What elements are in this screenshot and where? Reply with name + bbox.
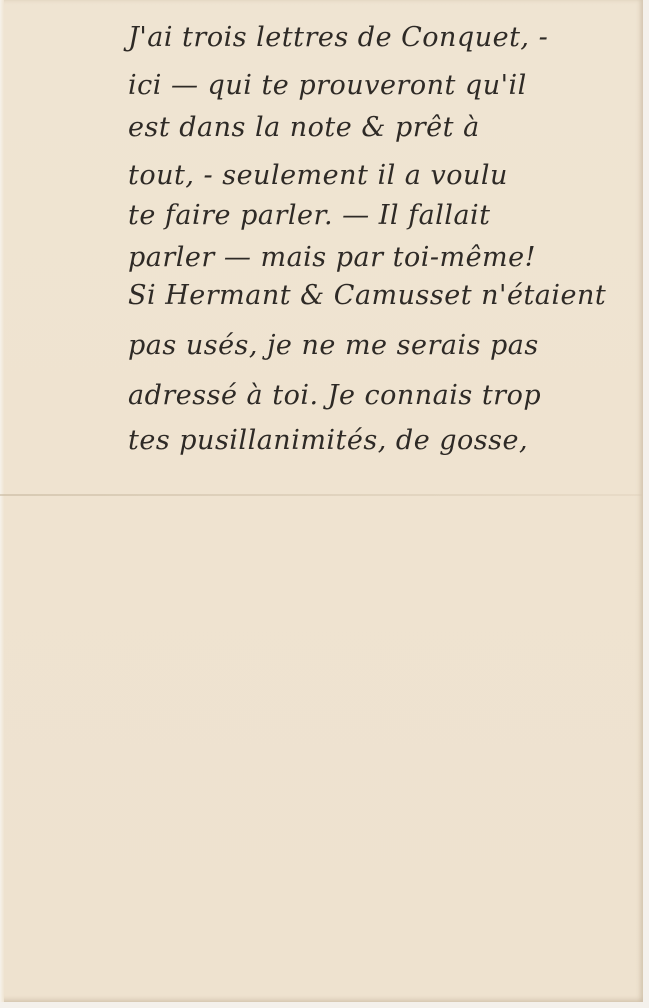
fold-crease [0, 494, 643, 496]
body-line: ici — qui te prouveront qu'il [128, 70, 527, 101]
paper-edge [0, 0, 4, 1002]
body-line: parler — mais par toi-même! [128, 242, 536, 273]
body-line: pas usés, je ne me serais pas [128, 330, 539, 361]
body-line: tes pusillanimités, de gosse, [128, 425, 528, 456]
body-line: tout, - seulement il a voulu [128, 160, 508, 191]
body-line: adressé à toi. Je connais trop [128, 380, 541, 411]
body-line: te faire parler. — Il fallait [128, 200, 491, 231]
body-line: Si Hermant & Camusset n'étaient [128, 280, 606, 311]
body-line: J'ai trois lettres de Conquet, - [128, 22, 548, 53]
letter-page: J'ai trois lettres de Conquet, - ici — q… [0, 0, 643, 1002]
body-line: est dans la note & prêt à [128, 112, 480, 143]
